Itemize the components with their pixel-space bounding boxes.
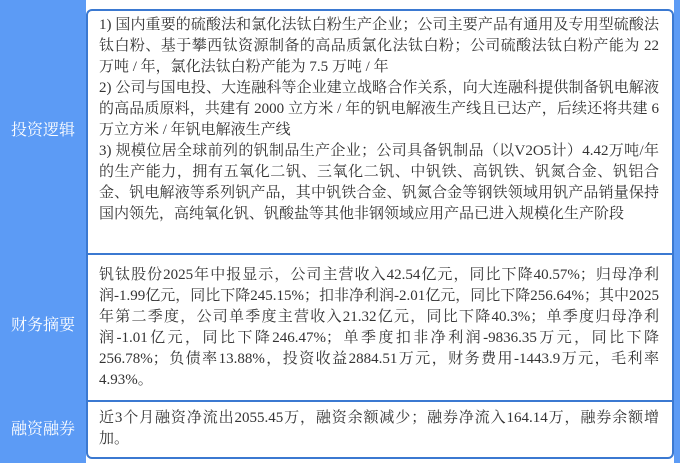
row-label-financial-summary: 财务摘要 bbox=[0, 316, 86, 336]
right-edge-strip bbox=[674, 0, 680, 463]
row-label-investment-logic: 投资逻辑 bbox=[0, 121, 86, 141]
margin-trading-text: 近3个月融资净流出2055.45万，融资余额减少；融券净流入164.14万，融券… bbox=[99, 408, 659, 450]
investment-logic-point-1: 1) 国内重要的硫酸法和氯化法钛白粉生产企业；公司主要产品有通用及专用型硫酸法钛… bbox=[99, 15, 659, 78]
section-margin-trading: 近3个月融资净流出2055.45万，融资余额减少；融券净流入164.14万，融券… bbox=[88, 400, 672, 457]
content-panel: 1) 国内重要的硫酸法和氯化法钛白粉生产企业；公司主要产品有通用及专用型硫酸法钛… bbox=[86, 9, 674, 459]
section-financial-summary: 钒钛股份2025年中报显示，公司主营收入42.54亿元，同比下降40.57%；归… bbox=[88, 253, 672, 400]
section-investment-logic: 1) 国内重要的硫酸法和氯化法钛白粉生产企业；公司主要产品有通用及专用型硫酸法钛… bbox=[88, 11, 672, 253]
row-label-margin-trading: 融资融券 bbox=[0, 420, 86, 440]
investment-logic-point-2: 2) 公司与国电投、大连融科等企业建立战略合作关系，向大连融科提供制备钒电解液的… bbox=[99, 78, 659, 141]
investment-logic-point-3: 3) 规模位居全球前列的钒制品生产企业；公司具备钒制品（以V2O5计）4.42万… bbox=[99, 141, 659, 225]
row-label-sidebar bbox=[0, 0, 86, 463]
financial-summary-text: 钒钛股份2025年中报显示，公司主营收入42.54亿元，同比下降40.57%；归… bbox=[99, 265, 659, 391]
